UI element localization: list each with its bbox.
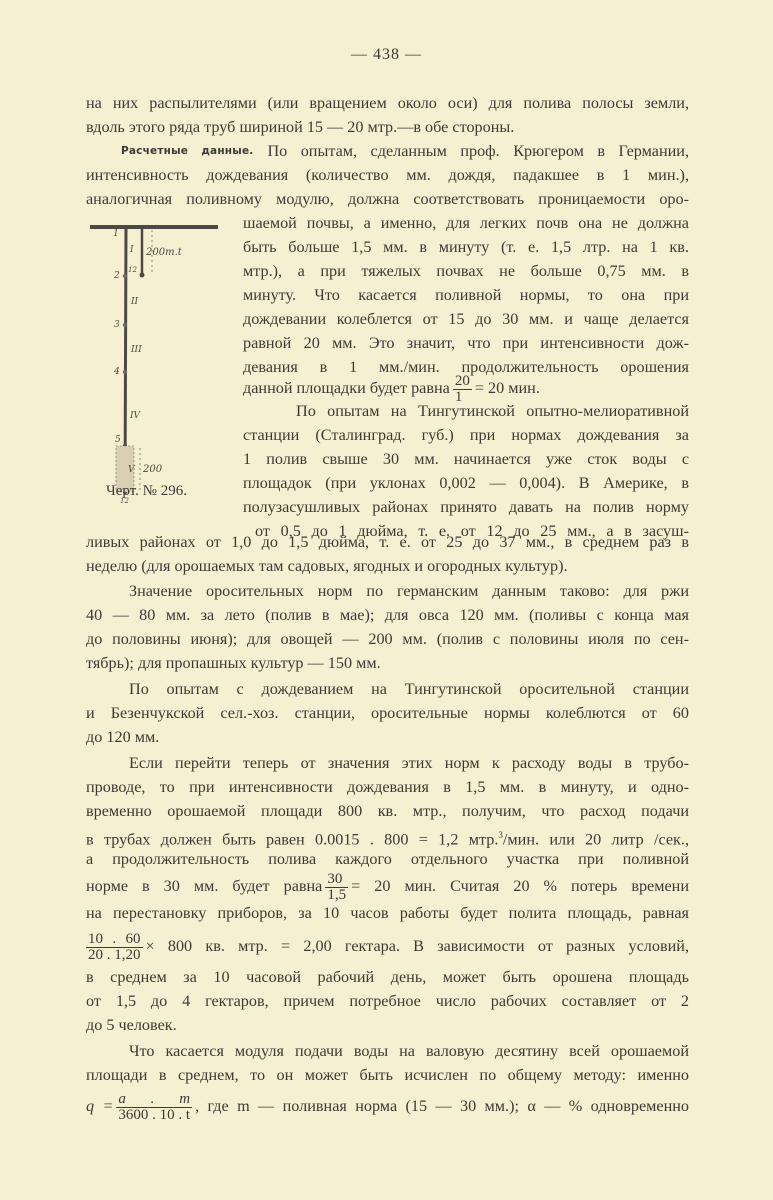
- text-line: Что касается модуля подачи воды на валов…: [129, 1040, 689, 1062]
- text-line: q =a . m3600 . 10 . t, где m — поливная …: [86, 1086, 689, 1126]
- segment-label: II: [130, 297, 139, 307]
- text-span: q =: [86, 1097, 113, 1115]
- text-line: Если перейти теперь от значения этих нор…: [129, 752, 689, 774]
- node-label: 4: [113, 367, 120, 377]
- text-line: в трубах должен быть равен 0.0015 . 800 …: [86, 824, 689, 846]
- text-line: от 1,5 до 4 гектаров, причем потребное ч…: [86, 990, 689, 1012]
- text-line: Расчетные данные.По опытам, сделанным пр…: [121, 140, 689, 162]
- document-page: — 438 — на них распылителями (или вращен…: [0, 0, 773, 1200]
- text-line: По опытам с дождеванием на Тингутинской …: [129, 678, 689, 700]
- segment-label: V: [128, 465, 136, 475]
- node-label: 2: [113, 271, 120, 281]
- dimension-label: 200: [142, 464, 163, 475]
- segment-label: III: [130, 345, 142, 355]
- text-line: неделю (для орошаемых там садовых, ягодн…: [86, 555, 689, 577]
- text-line: на них распылителями (или вращением окол…: [86, 92, 689, 114]
- text-span: /мин. или 20 литр /сек.,: [503, 830, 689, 848]
- dimension-label: 200m.t: [145, 247, 183, 258]
- text-line: и Безенчукской сел.-хоз. станции, оросит…: [86, 702, 689, 724]
- pipe-diagram: 1 2 3 4 5 I II III IV V 12 12 200m.t 200: [86, 220, 236, 520]
- text-line: быть больше 1,5 мм. в минуту (т. е. 1,5 …: [243, 236, 689, 258]
- fraction-numerator: 10 . 60: [86, 932, 143, 948]
- text-span: , где m — поливная норма (15 — 30 мм.); …: [195, 1097, 689, 1115]
- span-label: 12: [128, 266, 137, 274]
- text-line: площадок (при уклонах 0,002 — 0,004). В …: [243, 472, 689, 494]
- fraction: 10 . 6020 . 1,20: [86, 932, 143, 963]
- text-span: данной площадки будет равна: [243, 379, 450, 397]
- text-line: минуту. Что касается поливной нормы, то …: [243, 284, 689, 306]
- figure-caption: Черт. № 296.: [106, 483, 187, 500]
- fraction-numerator: a . m: [116, 1092, 192, 1108]
- text-line: в среднем за 10 часовой рабочий день, мо…: [86, 966, 689, 988]
- text-span: в трубах должен быть равен 0.0015 . 800 …: [86, 830, 498, 848]
- text-span: По опытам, сделанным проф. Крюгером в Ге…: [267, 142, 689, 160]
- segment-label: IV: [129, 411, 142, 421]
- text-line: 1 полив свыше 30 мм. начинается уже сток…: [243, 448, 689, 470]
- page-number: — 438 —: [0, 46, 773, 64]
- text-line: ливых районах от 1,0 до 1,5 дюйма, т. е.…: [86, 531, 689, 553]
- text-line: равной 20 мм. Это значит, что при интенс…: [243, 332, 689, 354]
- text-line: до половины июня); для овощей — 200 мм. …: [86, 628, 689, 650]
- node-label: 1: [113, 229, 119, 239]
- fraction-numerator: 30: [325, 872, 348, 888]
- text-line: до 5 человек.: [86, 1014, 689, 1036]
- text-line: тябрь); для пропашных культур — 150 мм.: [86, 652, 689, 674]
- text-line: аналогичная поливному модулю, должна соо…: [86, 188, 689, 210]
- text-line: мтр.), а при тяжелых почвах не больше 0,…: [243, 260, 689, 282]
- fraction: 301,5: [325, 872, 348, 903]
- text-line: Значение оросительных норм по германским…: [129, 580, 689, 602]
- text-line: норме в 30 мм. будет равна301,5= 20 мин.…: [86, 866, 689, 906]
- text-line: полузасушливых районах принято давать на…: [243, 496, 689, 518]
- node-label: 3: [114, 320, 120, 330]
- text-line: 10 . 6020 . 1,20× 800 кв. мтр. = 2,00 ге…: [86, 926, 689, 966]
- section-run-in-heading: Расчетные данные.: [121, 145, 253, 157]
- text-span: × 800 кв. мтр. = 2,00 гектара. В зависим…: [146, 937, 690, 955]
- fraction-denominator: 20 . 1,20: [86, 948, 143, 963]
- text-line: станции (Сталинград. губ.) при нормах до…: [243, 424, 689, 446]
- text-line: до 120 мм.: [86, 726, 689, 748]
- fraction-denominator: 1,5: [325, 888, 348, 903]
- text-line: площади в среднем, то он может быть исчи…: [86, 1064, 689, 1086]
- fraction-numerator: 20: [453, 374, 472, 390]
- text-line: вдоль этого ряда труб шириной 15 — 20 мт…: [86, 116, 689, 138]
- text-line: интенсивность дождевания (количество мм.…: [86, 164, 689, 186]
- fraction: a . m3600 . 10 . t: [116, 1092, 192, 1123]
- text-line: временно орошаемой площади 800 кв. мтр.,…: [86, 800, 689, 822]
- text-line: По опытам на Тингутинской опытно-мелиора…: [296, 400, 689, 422]
- segment-label: I: [129, 245, 134, 255]
- text-line: проводе, то при интенсивности дождевания…: [86, 776, 689, 798]
- text-line: шаемой почвы, а именно, для легких почв …: [243, 212, 689, 234]
- text-line: на перестановку приборов, за 10 часов ра…: [86, 902, 689, 924]
- text-line: дождевании колеблется от 15 до 30 мм. и …: [243, 308, 689, 330]
- text-span: норме в 30 мм. будет равна: [86, 877, 322, 895]
- text-span: = 20 мин.: [475, 379, 540, 397]
- text-line: 40 — 80 мм. за лето (полив в мае); для о…: [86, 604, 689, 626]
- node-label: 5: [115, 435, 121, 445]
- fraction-denominator: 3600 . 10 . t: [116, 1108, 192, 1123]
- text-span: = 20 мин. Считая 20 % потерь времени: [351, 877, 689, 895]
